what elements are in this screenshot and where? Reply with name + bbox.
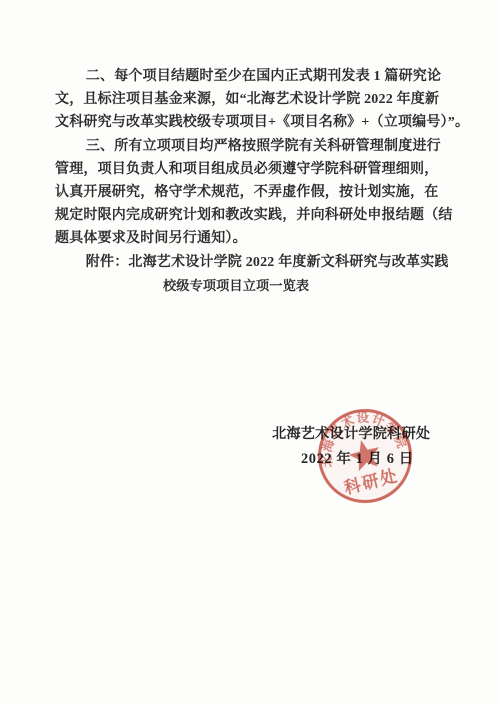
- attachment-line: 校级专项项目立项一览表: [163, 274, 431, 297]
- attachment-line: 附件：北海艺术设计学院 2022 年度新文科研究与改革实践: [55, 251, 431, 274]
- body-line: 三、所有立项项目均严格按照学院有关科研管理制度进行: [55, 135, 431, 158]
- body-line: 管理，项目负责人和项目组成员必须遵守学院科研管理细则，: [55, 158, 431, 181]
- document-page: 二、每个项目结题时至少在国内正式期刊发表 1 篇研究论 文，且标注项目基金来源，…: [0, 0, 500, 703]
- body-line: 文科研究与改革实践校级专项项目+《项目名称》+（立项编号）”。: [55, 111, 431, 134]
- body-line: 认真开展研究，格守学术规范，不弄虚作假，按计划实施，在: [55, 181, 431, 204]
- body-line: 文，且标注项目基金来源，如“北海艺术设计学院 2022 年度新: [55, 88, 431, 111]
- official-seal: 北海艺术设计学院 科研处: [302, 393, 428, 519]
- body-line: 题具体要求及时间另行通知）。: [55, 227, 431, 250]
- body-line: 二、每个项目结题时至少在国内正式期刊发表 1 篇研究论: [55, 65, 431, 88]
- body-line: 规定时限内完成研究计划和教改实践，并向科研处申报结题（结: [55, 204, 431, 227]
- document-body: 二、每个项目结题时至少在国内正式期刊发表 1 篇研究论 文，且标注项目基金来源，…: [55, 65, 431, 297]
